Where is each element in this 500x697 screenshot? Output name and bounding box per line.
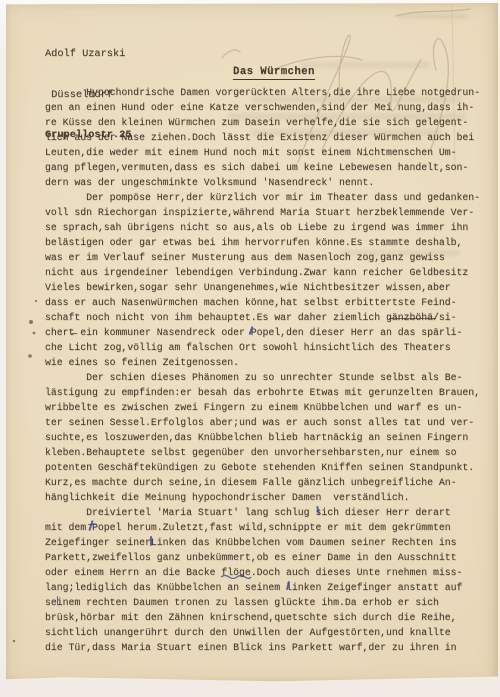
ink-insert-mark bbox=[150, 536, 152, 546]
document-title: Das Würmchen bbox=[233, 66, 315, 80]
paragraph-1: Hypochondrische Damen vorgerückten Alter… bbox=[45, 85, 492, 190]
paragraph-2: Der pompöse Herr,der kürzlich vor mir im… bbox=[45, 190, 492, 370]
scanned-letter-page: Adolf Uzarski Düsseldorf Grupellostr.25 … bbox=[0, 0, 500, 697]
sender-name: Adolf Uzarski bbox=[45, 48, 132, 62]
paragraph-4: Dreiviertel 'Maria Stuart' lang schlug s… bbox=[45, 505, 492, 655]
paragraph-3: Der schien dieses Phänomen zu so unrecht… bbox=[45, 370, 492, 505]
letter-body: Hypochondrische Damen vorgerückten Alter… bbox=[45, 85, 492, 655]
